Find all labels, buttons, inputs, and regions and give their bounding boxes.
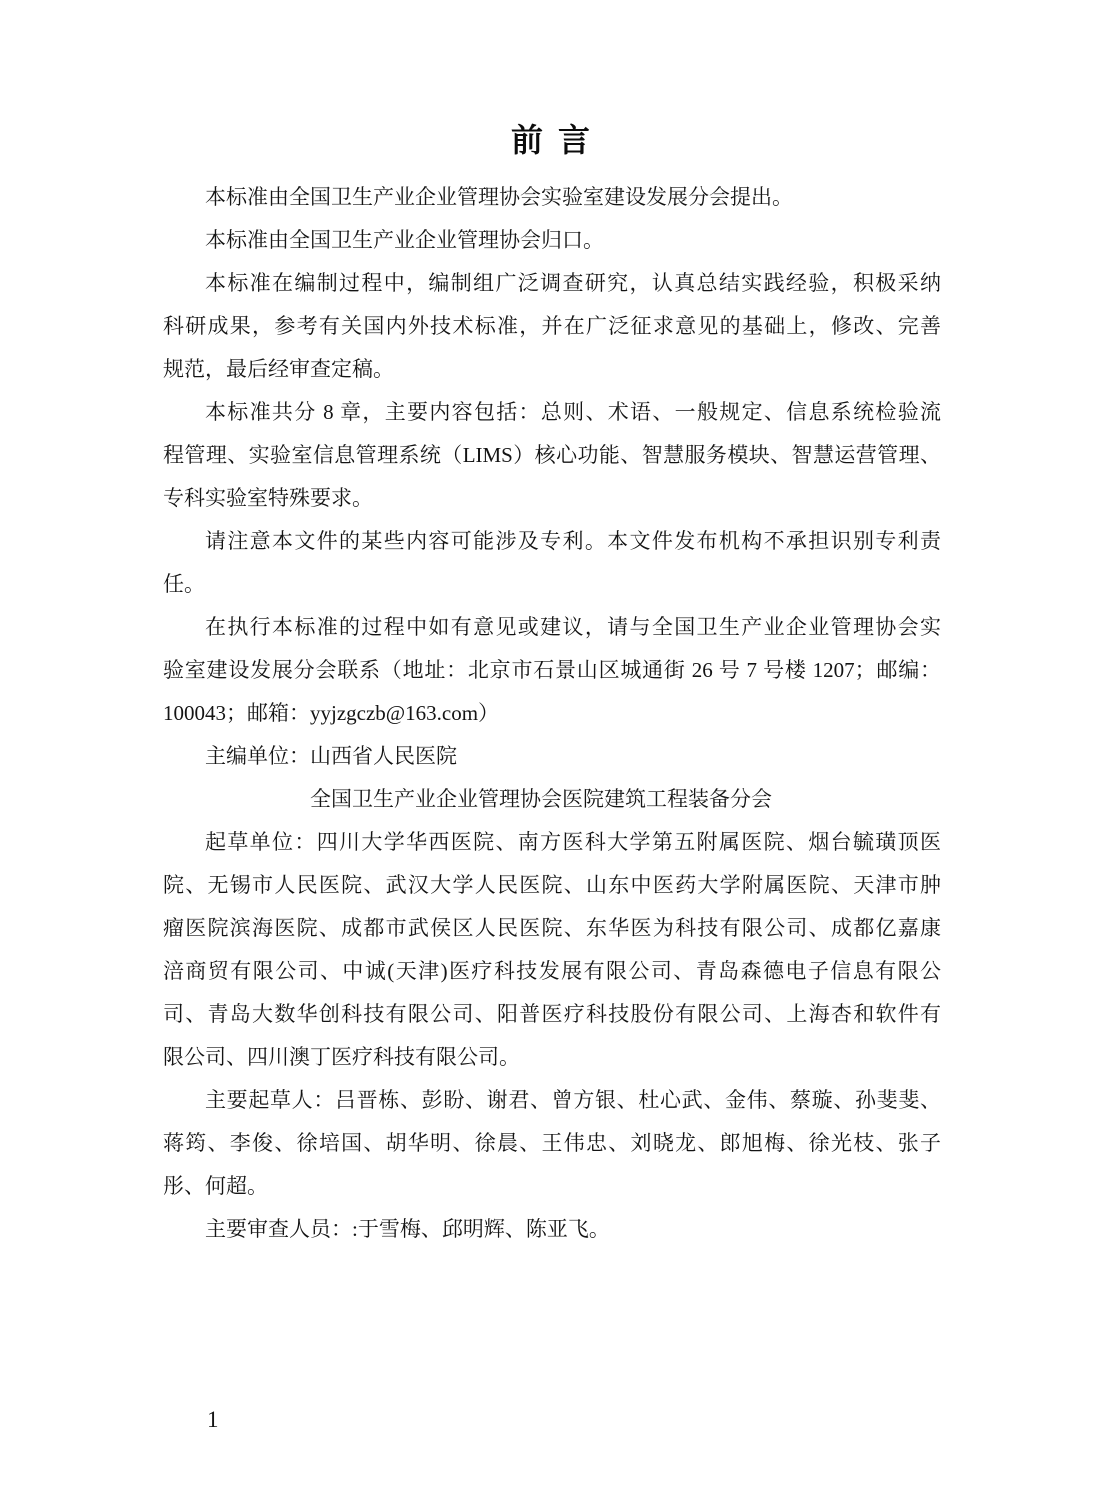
document-line: 司、青岛大数华创科技有限公司、阳普医疗科技股份有限公司、上海杏和软件有 (163, 993, 941, 1036)
document-line: 限公司、四川澳丁医疗科技有限公司。 (163, 1036, 941, 1079)
document-line: 请注意本文件的某些内容可能涉及专利。本文件发布机构不承担识别专利责 (163, 520, 941, 563)
document-line: 规范，最后经审查定稿。 (163, 348, 941, 391)
document-line: 主要起草人：吕晋栋、彭盼、谢君、曾方银、杜心武、金伟、蔡璇、孙斐斐、 (163, 1079, 941, 1122)
document-line: 科研成果，参考有关国内外技术标准，并在广泛征求意见的基础上，修改、完善 (163, 305, 941, 348)
document-line: 任。 (163, 563, 941, 606)
document-page: 前 言 本标准由全国卫生产业企业管理协会实验室建设发展分会提出。 本标准由全国卫… (0, 0, 1104, 1507)
document-line: 起草单位：四川大学华西医院、南方医科大学第五附属医院、烟台毓璜顶医 (163, 821, 941, 864)
document-line: 本标准共分 8 章，主要内容包括：总则、术语、一般规定、信息系统检验流 (163, 391, 941, 434)
document-line: 彤、何超。 (163, 1165, 941, 1208)
document-line: 主要审查人员：:于雪梅、邱明辉、陈亚飞。 (163, 1208, 941, 1251)
document-line: 本标准在编制过程中，编制组广泛调查研究，认真总结实践经验，积极采纳 (163, 262, 941, 305)
document-line: 瘤医院滨海医院、成都市武侯区人民医院、东华医为科技有限公司、成都亿嘉康 (163, 907, 941, 950)
document-line: 涪商贸有限公司、中诚(天津)医疗科技发展有限公司、青岛森德电子信息有限公 (163, 950, 941, 993)
document-line: 程管理、实验室信息管理系统（LIMS）核心功能、智慧服务模块、智慧运营管理、 (163, 434, 941, 477)
document-line: 本标准由全国卫生产业企业管理协会实验室建设发展分会提出。 (163, 176, 941, 219)
document-line: 全国卫生产业企业管理协会医院建筑工程装备分会 (163, 778, 941, 821)
document-body: 本标准由全国卫生产业企业管理协会实验室建设发展分会提出。 本标准由全国卫生产业企… (163, 176, 941, 1251)
document-line: 在执行本标准的过程中如有意见或建议，请与全国卫生产业企业管理协会实 (163, 606, 941, 649)
document-line: 院、无锡市人民医院、武汉大学人民医院、山东中医药大学附属医院、天津市肿 (163, 864, 941, 907)
document-line: 本标准由全国卫生产业企业管理协会归口。 (163, 219, 941, 262)
page-number: 1 (207, 1402, 219, 1438)
document-line: 验室建设发展分会联系（地址：北京市石景山区城通街 26 号 7 号楼 1207；… (163, 649, 941, 692)
document-line: 专科实验室特殊要求。 (163, 477, 941, 520)
page-title: 前 言 (163, 118, 941, 162)
document-line: 主编单位：山西省人民医院 (163, 735, 941, 778)
document-line: 100043；邮箱：yyjzgczb@163.com） (163, 692, 941, 735)
document-line: 蒋筠、李俊、徐培国、胡华明、徐晨、王伟忠、刘晓龙、郎旭梅、徐光枝、张子 (163, 1122, 941, 1165)
